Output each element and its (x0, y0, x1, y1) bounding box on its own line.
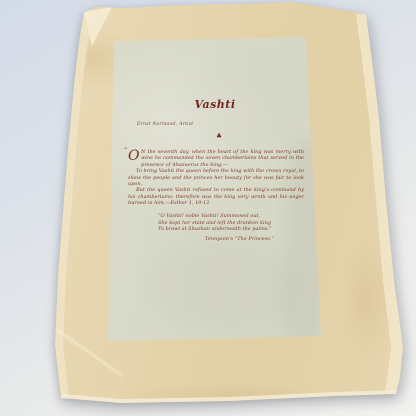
poem-line: She kept her state and left the drunken … (158, 220, 272, 227)
showthrough-ghost (150, 238, 290, 333)
book-page: Vashti Ernst Normand, Artist ♣ “ O N the… (0, 0, 416, 416)
scripture-verse-text: N the seventh day, when the heart of the… (141, 149, 304, 168)
scripture-passage: “ O N the seventh day, when the heart of… (128, 149, 304, 207)
poem-line: To brawl at Shushan underneath the palms… (158, 226, 272, 233)
scripture-verse: To bring Vashti the queen before the kin… (128, 168, 304, 187)
scripture-verse: But the queen Vashti refused to come at … (128, 187, 304, 206)
plate-title: Vashti (150, 98, 280, 111)
scripture-verse: “ O N the seventh day, when the heart of… (128, 149, 304, 168)
poem-line: “O Vashti! noble Vashti! Summoned out, (158, 213, 272, 220)
artist-credit: Ernst Normand, Artist (137, 122, 193, 127)
drop-cap: O (128, 150, 139, 162)
scripture-citation: Esther 1, 10-12 (170, 200, 209, 206)
poem-quote: “O Vashti! noble Vashti! Summoned out, S… (158, 213, 272, 233)
scripture-verse-text: But the queen Vashti refused to come at … (128, 187, 304, 206)
page-shadow-wrap: Vashti Ernst Normand, Artist ♣ “ O N the… (0, 0, 416, 416)
photo-of-book-page: Vashti Ernst Normand, Artist ♣ “ O N the… (0, 0, 416, 416)
opening-quote: “ (124, 148, 127, 154)
poem-attribution: Tennyson’s “The Princess.” (205, 236, 274, 242)
fleuron-ornament-icon: ♣ (213, 132, 225, 140)
scripture-verse-text: To bring Vashti the queen before the kin… (128, 168, 304, 187)
